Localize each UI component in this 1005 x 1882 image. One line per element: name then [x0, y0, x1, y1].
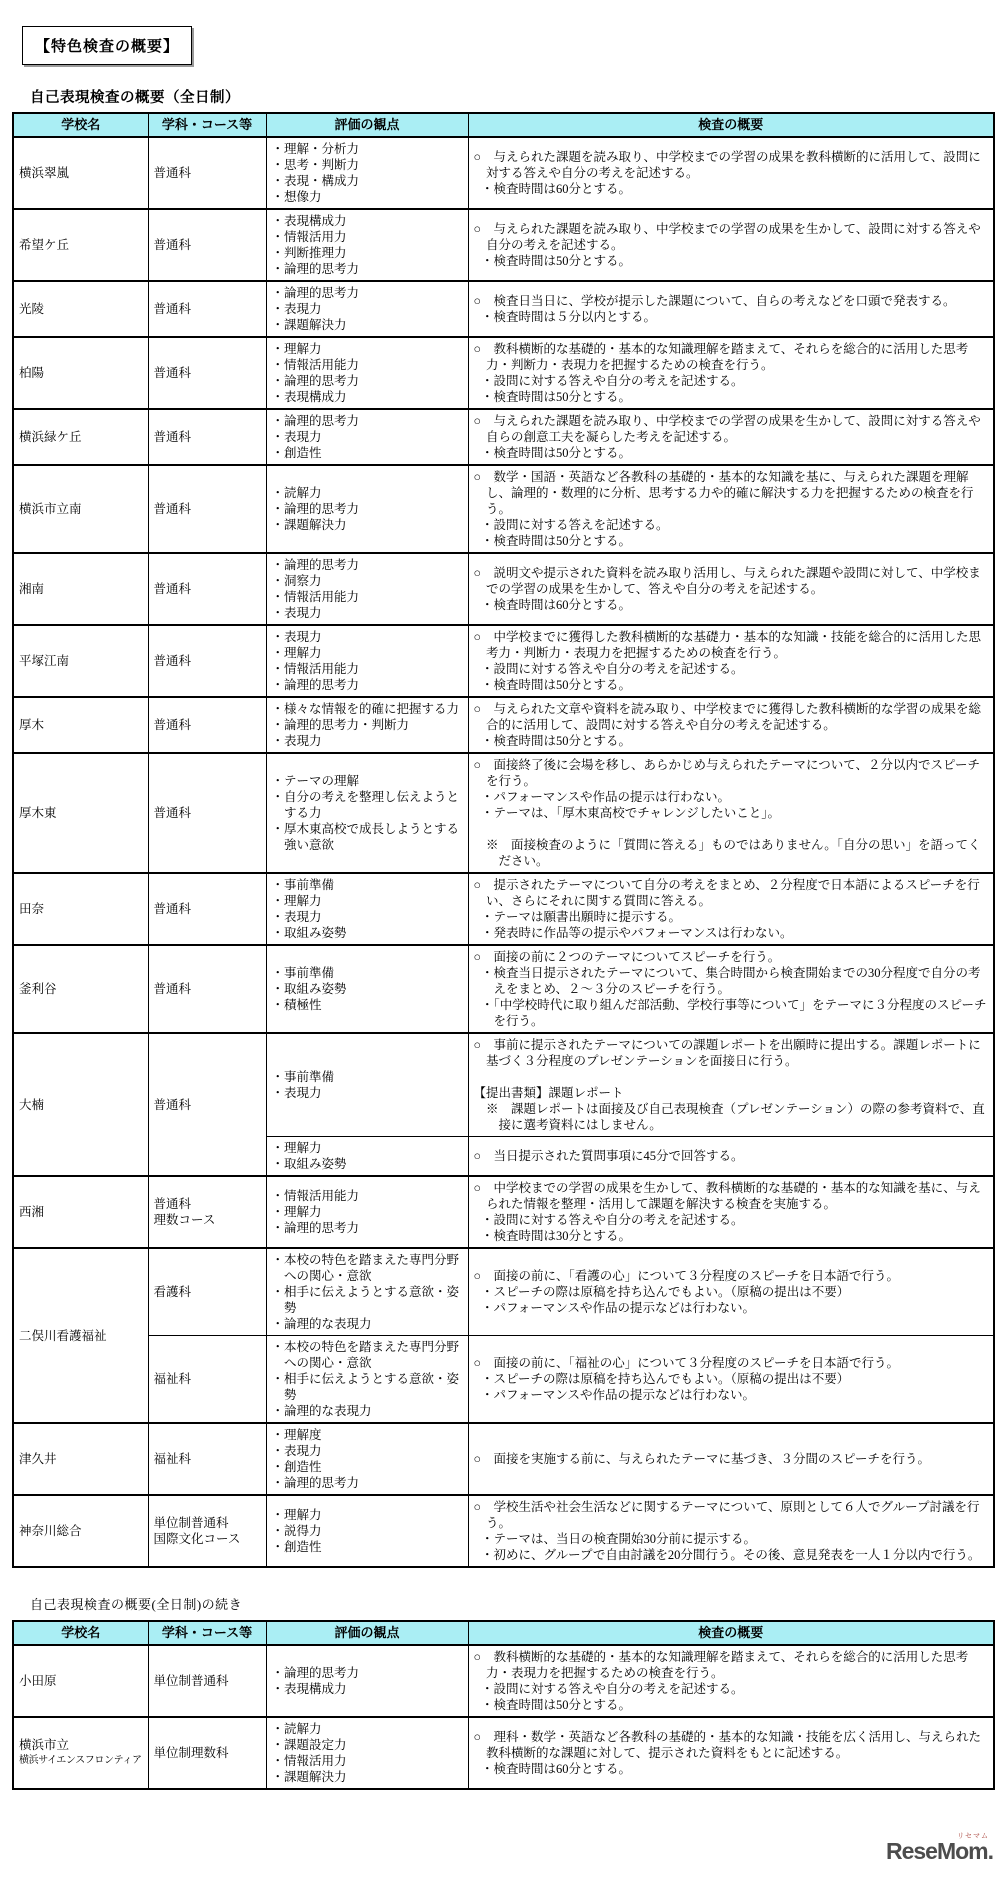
overview-cell: ○ 中学校までの学習の成果を生かして、教科横断的な基礎的・基本的な知識を基に、与…: [468, 1176, 994, 1248]
points-cell: ・事前準備・取組み姿勢・積極性: [266, 945, 468, 1033]
overview-cell: ○ 事前に提示されたテーマについての課題レポートを出願時に提出する。課題レポート…: [468, 1033, 994, 1137]
overview-cell: ○ 面接の前に、「看護の心」について３分程度のスピーチを日本語で行う。・スピーチ…: [468, 1248, 994, 1336]
dept-cell: 看護科: [148, 1248, 266, 1336]
dept-cell: 単位制普通科: [148, 1645, 266, 1717]
dept-cell: 普通科: [148, 553, 266, 625]
overview-cell: ○ 教科横断的な基礎的・基本的な知識理解を踏まえて、それらを総合的に活用した思考…: [468, 1645, 994, 1717]
points-cell: ・テーマの理解・自分の考えを整理し伝えようとする力・厚木東高校で成長しようとする…: [266, 753, 468, 873]
school-cell: 西湘: [13, 1176, 148, 1248]
school-cell: 神奈川総合: [13, 1495, 148, 1567]
table-row: 光陵普通科・論理的思考力・表現力・課題解決力○ 検査日当日に、学校が提示した課題…: [13, 281, 994, 337]
table-row: 厚木普通科・様々な情報を的確に把握する力・論理的思考力・判断力・表現力○ 与えら…: [13, 697, 994, 753]
overview-cell: ○ 教科横断的な基礎的・基本的な知識理解を踏まえて、それらを総合的に活用した思考…: [468, 337, 994, 409]
table-row: 二俣川看護福祉看護科・本校の特色を踏まえた専門分野への関心・意欲・相手に伝えよう…: [13, 1248, 994, 1336]
column-header-overview: 検査の概要: [468, 1621, 994, 1645]
overview-cell: ○ 中学校までに獲得した教科横断的な基礎力・基本的な知識・技能を総合的に活用した…: [468, 625, 994, 697]
school-cell: 小田原: [13, 1645, 148, 1717]
points-cell: ・理解力・情報活用能力・論理的思考力・表現構成力: [266, 337, 468, 409]
overview-cell: ○ 与えられた課題を読み取り、中学校までの学習の成果を教科横断的に活用して、設問…: [468, 137, 994, 209]
dept-cell: 普通科: [148, 1033, 266, 1176]
points-cell: ・理解・分析力・思考・判断力・表現・構成力・想像力: [266, 137, 468, 209]
page-title-box: 【特色検査の概要】: [22, 26, 192, 65]
column-header-dept: 学科・コース等: [148, 1621, 266, 1645]
exam-overview-table-1: 学校名 学科・コース等 評価の観点 検査の概要 横浜翠嵐普通科・理解・分析力・思…: [12, 112, 995, 1568]
table-row: 大楠普通科・事前準備・表現力○ 事前に提示されたテーマについての課題レポートを出…: [13, 1033, 994, 1137]
column-header-dept: 学科・コース等: [148, 113, 266, 137]
table-row: 横浜市立南普通科・読解力・論理的思考力・課題解決力○ 数学・国語・英語など各教科…: [13, 465, 994, 553]
page-title: 【特色検査の概要】: [35, 38, 179, 55]
dept-cell: 普通科: [148, 465, 266, 553]
overview-cell: ○ 検査日当日に、学校が提示した課題について、自らの考えなどを口頭で発表する。・…: [468, 281, 994, 337]
column-header-points: 評価の観点: [266, 1621, 468, 1645]
dept-cell: 福祉科: [148, 1336, 266, 1424]
table-row: 釜利谷普通科・事前準備・取組み姿勢・積極性○ 面接の前に２つのテーマについてスピ…: [13, 945, 994, 1033]
column-header-overview: 検査の概要: [468, 113, 994, 137]
dept-cell: 普通科: [148, 409, 266, 465]
resemom-watermark: リセマム ReseMom.: [886, 1833, 993, 1863]
table-row: 田奈普通科・事前準備・理解力・表現力・取組み姿勢○ 提示されたテーマについて自分…: [13, 873, 994, 945]
resemom-logo: ReseMom.: [886, 1838, 993, 1864]
points-cell: ・論理的思考力・表現力・課題解決力: [266, 281, 468, 337]
table-row: 希望ケ丘普通科・表現構成力・情報活用力・判断推理力・論理的思考力○ 与えられた課…: [13, 209, 994, 281]
dept-cell: 普通科: [148, 137, 266, 209]
school-cell: 横浜緑ケ丘: [13, 409, 148, 465]
table-row: 横浜市立横浜サイエンスフロンティア単位制理数科・読解力・課題設定力・情報活用力・…: [13, 1717, 994, 1789]
dept-cell: 普通科: [148, 281, 266, 337]
table-header-row: 学校名 学科・コース等 評価の観点 検査の概要: [13, 1621, 994, 1645]
overview-cell: ○ 面接の前に、「福祉の心」について３分程度のスピーチを日本語で行う。・スピーチ…: [468, 1336, 994, 1424]
table-row: 西湘普通科理数コース・情報活用能力・理解力・論理的思考力○ 中学校までの学習の成…: [13, 1176, 994, 1248]
dept-cell: 単位制普通科国際文化コース: [148, 1495, 266, 1567]
points-cell: ・論理的思考力・洞察力・情報活用能力・表現力: [266, 553, 468, 625]
school-cell: 津久井: [13, 1423, 148, 1495]
dept-cell: 単位制理数科: [148, 1717, 266, 1789]
column-header-school: 学校名: [13, 113, 148, 137]
school-cell: 湘南: [13, 553, 148, 625]
school-cell: 釜利谷: [13, 945, 148, 1033]
points-cell: ・論理的思考力・表現力・創造性: [266, 409, 468, 465]
school-cell: 大楠: [13, 1033, 148, 1176]
overview-cell: ○ 当日提示された質問事項に45分で回答する。: [468, 1137, 994, 1177]
section2-title: 自己表現検査の概要(全日制)の続き: [30, 1594, 1005, 1613]
column-header-school: 学校名: [13, 1621, 148, 1645]
dept-cell: 普通科: [148, 625, 266, 697]
dept-cell: 普通科: [148, 337, 266, 409]
overview-cell: ○ 学校生活や社会生活などに関するテーマについて、原則として６人でグループ討議を…: [468, 1495, 994, 1567]
table-row: 津久井福祉科・理解度・表現力・創造性・論理的思考力○ 面接を実施する前に、与えら…: [13, 1423, 994, 1495]
dept-cell: 福祉科: [148, 1423, 266, 1495]
points-cell: ・理解力・取組み姿勢: [266, 1137, 468, 1177]
points-cell: ・様々な情報を的確に把握する力・論理的思考力・判断力・表現力: [266, 697, 468, 753]
column-header-points: 評価の観点: [266, 113, 468, 137]
exam-overview-table-2: 学校名 学科・コース等 評価の観点 検査の概要 小田原単位制普通科・論理的思考力…: [12, 1620, 995, 1790]
school-cell: 平塚江南: [13, 625, 148, 697]
table-row: 神奈川総合単位制普通科国際文化コース・理解力・説得力・創造性○ 学校生活や社会生…: [13, 1495, 994, 1567]
table-row: 平塚江南普通科・表現力・理解力・情報活用能力・論理的思考力○ 中学校までに獲得し…: [13, 625, 994, 697]
points-cell: ・本校の特色を踏まえた専門分野への関心・意欲・相手に伝えようとする意欲・姿勢・論…: [266, 1248, 468, 1336]
table-row: 厚木東普通科・テーマの理解・自分の考えを整理し伝えようとする力・厚木東高校で成長…: [13, 753, 994, 873]
school-cell: 横浜翠嵐: [13, 137, 148, 209]
overview-cell: ○ 与えられた課題を読み取り、中学校までの学習の成果を生かして、設問に対する答え…: [468, 409, 994, 465]
table-row: 福祉科・本校の特色を踏まえた専門分野への関心・意欲・相手に伝えようとする意欲・姿…: [13, 1336, 994, 1424]
points-cell: ・理解度・表現力・創造性・論理的思考力: [266, 1423, 468, 1495]
school-cell: 希望ケ丘: [13, 209, 148, 281]
school-cell: 厚木東: [13, 753, 148, 873]
dept-cell: 普通科: [148, 209, 266, 281]
overview-cell: ○ 与えられた文章や資料を読み取り、中学校までに獲得した教科横断的な学習の成果を…: [468, 697, 994, 753]
overview-cell: ○ 面接の前に２つのテーマについてスピーチを行う。・検査当日提示されたテーマにつ…: [468, 945, 994, 1033]
dept-cell: 普通科: [148, 753, 266, 873]
points-cell: ・読解力・課題設定力・情報活用力・課題解決力: [266, 1717, 468, 1789]
points-cell: ・読解力・論理的思考力・課題解決力: [266, 465, 468, 553]
points-cell: ・事前準備・理解力・表現力・取組み姿勢: [266, 873, 468, 945]
table-header-row: 学校名 学科・コース等 評価の観点 検査の概要: [13, 113, 994, 137]
school-cell: 柏陽: [13, 337, 148, 409]
table-row: 小田原単位制普通科・論理的思考力・表現構成力○ 教科横断的な基礎的・基本的な知識…: [13, 1645, 994, 1717]
dept-cell: 普通科: [148, 873, 266, 945]
points-cell: ・論理的思考力・表現構成力: [266, 1645, 468, 1717]
overview-cell: ○ 数学・国語・英語など各教科の基礎的・基本的な知識を基に、与えられた課題を理解…: [468, 465, 994, 553]
school-cell: 横浜市立南: [13, 465, 148, 553]
school-cell: 光陵: [13, 281, 148, 337]
points-cell: ・情報活用能力・理解力・論理的思考力: [266, 1176, 468, 1248]
points-cell: ・理解力・説得力・創造性: [266, 1495, 468, 1567]
table-row: 横浜翠嵐普通科・理解・分析力・思考・判断力・表現・構成力・想像力○ 与えられた課…: [13, 137, 994, 209]
school-cell: 二俣川看護福祉: [13, 1248, 148, 1423]
overview-cell: ○ 面接終了後に会場を移し、あらかじめ与えられたテーマについて、２分以内でスピー…: [468, 753, 994, 873]
school-cell: 横浜市立横浜サイエンスフロンティア: [13, 1717, 148, 1789]
overview-cell: ○ 面接を実施する前に、与えられたテーマに基づき、３分間のスピーチを行う。: [468, 1423, 994, 1495]
school-cell: 厚木: [13, 697, 148, 753]
school-cell: 田奈: [13, 873, 148, 945]
dept-cell: 普通科: [148, 945, 266, 1033]
dept-cell: 普通科理数コース: [148, 1176, 266, 1248]
dept-cell: 普通科: [148, 697, 266, 753]
overview-cell: ○ 与えられた課題を読み取り、中学校までの学習の成果を生かして、設問に対する答え…: [468, 209, 994, 281]
document-page: 【特色検査の概要】 自己表現検査の概要（全日制） 学校名 学科・コース等 評価の…: [0, 0, 1005, 1882]
table-row: 湘南普通科・論理的思考力・洞察力・情報活用能力・表現力○ 説明文や提示された資料…: [13, 553, 994, 625]
points-cell: ・事前準備・表現力: [266, 1033, 468, 1137]
points-cell: ・本校の特色を踏まえた専門分野への関心・意欲・相手に伝えようとする意欲・姿勢・論…: [266, 1336, 468, 1424]
overview-cell: ○ 理科・数学・英語など各教科の基礎的・基本的な知識・技能を広く活用し、与えられ…: [468, 1717, 994, 1789]
overview-cell: ○ 提示されたテーマについて自分の考えをまとめ、２分程度で日本語によるスピーチを…: [468, 873, 994, 945]
points-cell: ・表現力・理解力・情報活用能力・論理的思考力: [266, 625, 468, 697]
points-cell: ・表現構成力・情報活用力・判断推理力・論理的思考力: [266, 209, 468, 281]
table-row: 横浜緑ケ丘普通科・論理的思考力・表現力・創造性○ 与えられた課題を読み取り、中学…: [13, 409, 994, 465]
table-row: 柏陽普通科・理解力・情報活用能力・論理的思考力・表現構成力○ 教科横断的な基礎的…: [13, 337, 994, 409]
overview-cell: ○ 説明文や提示された資料を読み取り活用し、与えられた課題や設問に対して、中学校…: [468, 553, 994, 625]
